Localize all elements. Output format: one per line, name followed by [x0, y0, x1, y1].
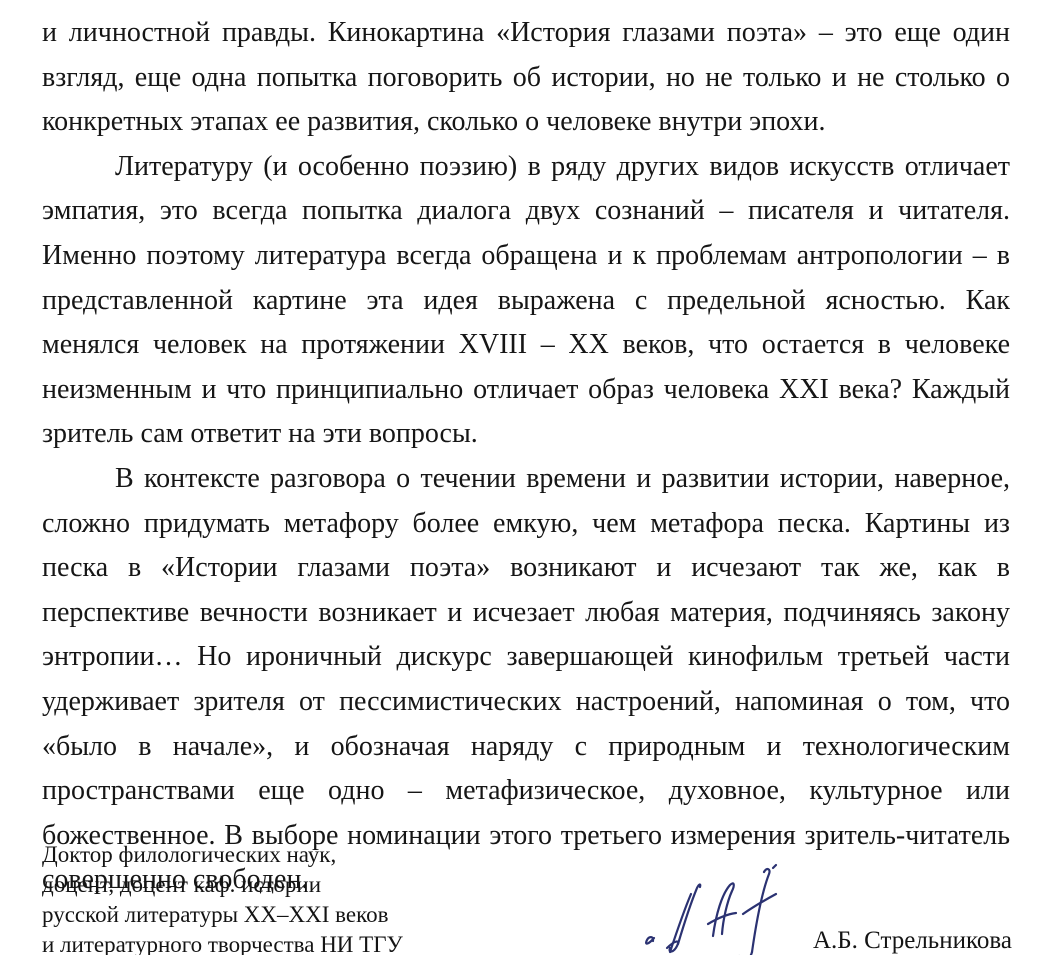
signature-image [640, 852, 815, 955]
credentials-line-2: доцент, доцент каф. истории [42, 870, 403, 900]
credentials-line-1: Доктор филологических наук, [42, 840, 403, 870]
document-page: ведь разговор об истории – это всегда по… [0, 0, 1053, 955]
paragraph-1: и личностной правды. Кинокартина «Истори… [42, 11, 1010, 145]
credentials-block: Доктор филологических наук, доцент, доце… [42, 840, 403, 955]
paragraph-2: Литературу (и особенно поэзию) в ряду др… [42, 145, 1010, 457]
clipped-top-line: ведь разговор об истории – это всегда по… [42, 0, 1010, 9]
clipped-top-line-text: ведь разговор об истории – это всегда по… [42, 0, 1010, 7]
body-text: и личностной правды. Кинокартина «Истори… [42, 11, 1010, 903]
signer-name: А.Б. Стрельникова [813, 927, 1012, 955]
paragraph-3: В контексте разговора о течении времени … [42, 457, 1010, 903]
credentials-line-3: русской литературы XX–XXI веков [42, 900, 403, 930]
credentials-line-4: и литературного творчества НИ ТГУ [42, 930, 403, 955]
